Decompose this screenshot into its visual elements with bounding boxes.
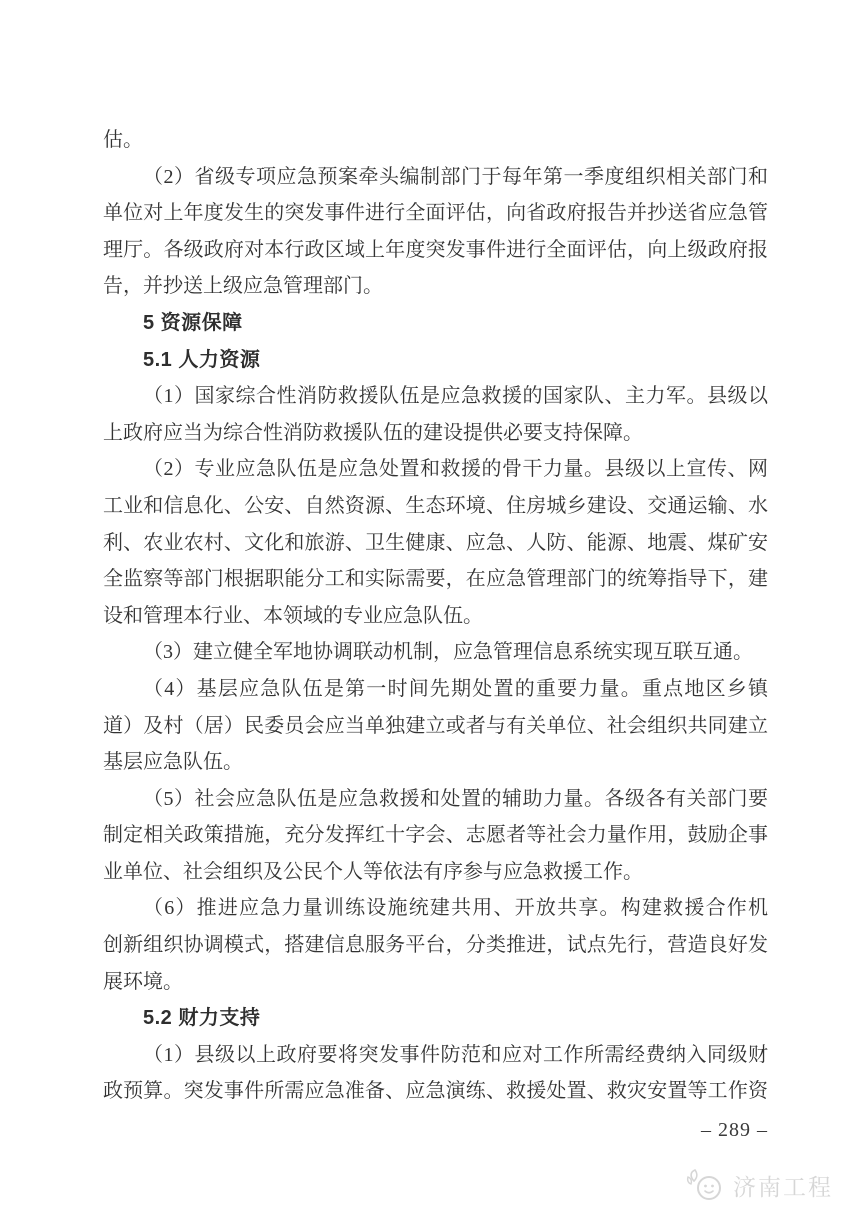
section-heading: 5 资源保障 [103,305,768,342]
paragraph-line: （1）县级以上政府要将突发事件防范和应对工作所需经费纳入同级财 [103,1037,768,1074]
paragraph-line: （6）推进应急力量训练设施统建共用、开放共享。构建救援合作机制， [103,890,768,927]
paragraph-line: 全监察等部门根据职能分工和实际需要，在应急管理部门的统筹指导下，建 [103,561,768,598]
paragraph-line: 展环境。 [103,964,768,1001]
watermark-text: 济南工程 [733,1169,833,1202]
paragraph-line: 设和管理本行业、本领域的专业应急队伍。 [103,598,768,635]
paragraph-line: 道）及村（居）民委员会应当单独建立或者与有关单位、社会组织共同建立 [103,708,768,745]
page-number: – 289 – [701,1119,768,1142]
paragraph-line: （2）省级专项应急预案牵头编制部门于每年第一季度组织相关部门和 [103,159,768,196]
paragraph-line: （4）基层应急队伍是第一时间先期处置的重要力量。重点地区乡镇（街 [103,671,768,708]
watermark: 济南工程 [686,1168,833,1202]
paragraph-line: 单位对上年度发生的突发事件进行全面评估，向省政府报告并抄送省应急管 [103,195,768,232]
paragraph-line: 创新组织协调模式，搭建信息服务平台，分类推进，试点先行，营造良好发 [103,927,768,964]
paragraph-line: 上政府应当为综合性消防救援队伍的建设提供必要支持保障。 [103,415,768,452]
paragraph-line: 制定相关政策措施，充分发挥红十字会、志愿者等社会力量作用，鼓励企事 [103,817,768,854]
paragraph-line: 告，并抄送上级应急管理部门。 [103,268,768,305]
paragraph-line: （3）建立健全军地协调联动机制，应急管理信息系统实现互联互通。 [103,634,768,671]
paragraph-line: （1）国家综合性消防救援队伍是应急救援的国家队、主力军。县级以 [103,378,768,415]
document-body: 估。（2）省级专项应急预案牵头编制部门于每年第一季度组织相关部门和单位对上年度发… [103,122,768,1110]
paragraph-line: 估。 [103,122,768,159]
smiley-sprout-logo-icon [686,1168,726,1202]
document-page: 估。（2）省级专项应急预案牵头编制部门于每年第一季度组织相关部门和单位对上年度发… [0,0,856,1225]
paragraph-line: 工业和信息化、公安、自然资源、生态环境、住房城乡建设、交通运输、水 [103,488,768,525]
paragraph-line: 利、农业农村、文化和旅游、卫生健康、应急、人防、能源、地震、煤矿安 [103,525,768,562]
section-heading: 5.1 人力资源 [103,342,768,379]
section-heading: 5.2 财力支持 [103,1000,768,1037]
paragraph-line: 理厅。各级政府对本行政区域上年度突发事件进行全面评估，向上级政府报 [103,232,768,269]
paragraph-line: 基层应急队伍。 [103,744,768,781]
paragraph-line: （2）专业应急队伍是应急处置和救援的骨干力量。县级以上宣传、网信、 [103,451,768,488]
paragraph-line: 政预算。突发事件所需应急准备、应急演练、救援处置、救灾安置等工作资 [103,1073,768,1110]
paragraph-line: （5）社会应急队伍是应急救援和处置的辅助力量。各级各有关部门要 [103,781,768,818]
paragraph-line: 业单位、社会组织及公民个人等依法有序参与应急救援工作。 [103,854,768,891]
